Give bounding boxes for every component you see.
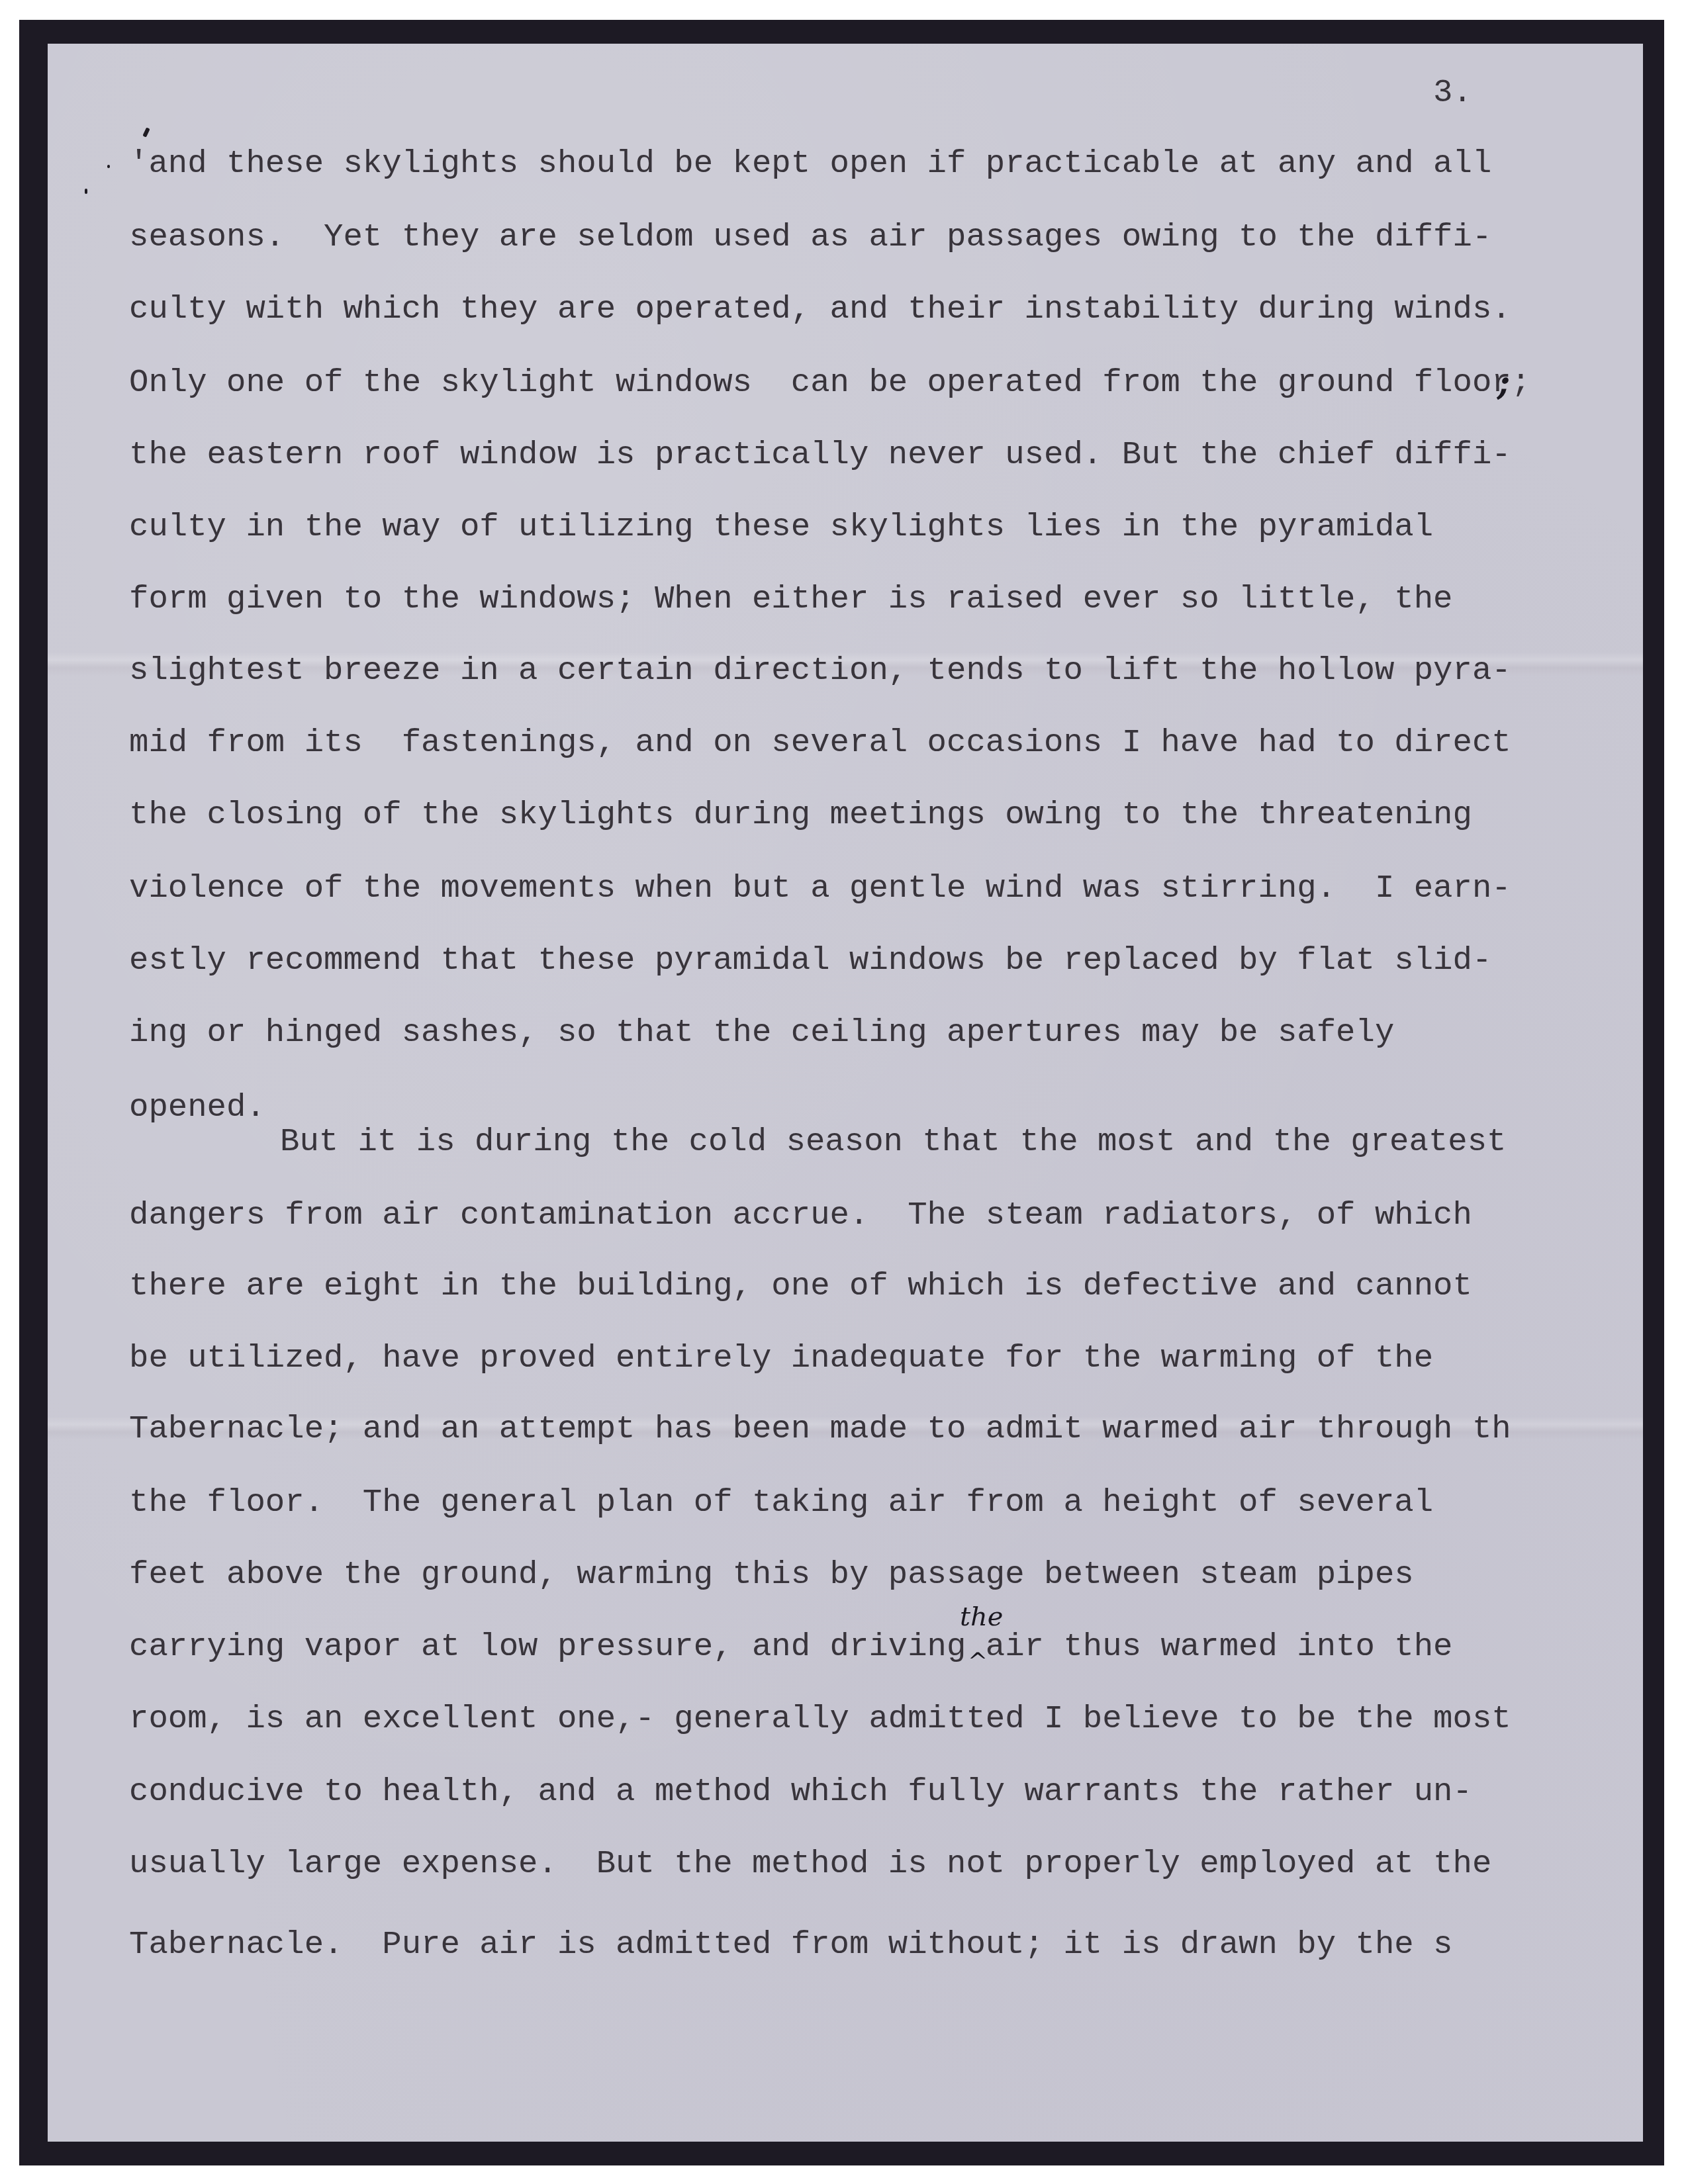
text-line: be utilized, have proved entirely inadeq…: [129, 1338, 1433, 1378]
pencil-dot-mark: [107, 165, 110, 168]
pencil-dot-mark: [85, 189, 87, 194]
text-line: seasons. Yet they are seldom used as air…: [129, 217, 1491, 257]
text-line: estly recommend that these pyramidal win…: [129, 940, 1491, 980]
text-line: culty in the way of utilizing these skyl…: [129, 507, 1433, 547]
text-line: conducive to health, and a method which …: [129, 1772, 1472, 1811]
text-line: usually large expense. But the method is…: [129, 1844, 1491, 1884]
text-line: there are eight in the building, one of …: [129, 1266, 1472, 1306]
text-line: the floor. The general plan of taking ai…: [129, 1482, 1433, 1522]
text-line: Only one of the skylight windows can be …: [129, 363, 1530, 402]
text-line: Tabernacle. Pure air is admitted from wi…: [129, 1925, 1453, 1964]
text-line: opened.: [129, 1087, 265, 1127]
handwritten-insert-the: the: [960, 1602, 1004, 1632]
paper-page: [48, 44, 1643, 2142]
text-line: room, is an excellent one,- generally ad…: [129, 1699, 1511, 1739]
text-line: violence of the movements when but a gen…: [129, 868, 1511, 908]
text-line: culty with which they are operated, and …: [129, 289, 1511, 329]
text-line: 'and these skylights should be kept open…: [129, 144, 1491, 183]
text-line: mid from its fastenings, and on several …: [129, 723, 1511, 762]
text-line: form given to the windows; When either i…: [129, 579, 1453, 619]
text-line: ing or hinged sashes, so that the ceilin…: [129, 1013, 1394, 1052]
text-line: But it is during the cold season that th…: [280, 1122, 1507, 1161]
text-line: carrying vapor at low pressure, and driv…: [129, 1627, 1453, 1666]
insertion-caret-mark: ^: [968, 1648, 988, 1675]
text-line: slightest breeze in a certain direction,…: [129, 651, 1511, 690]
text-line: feet above the ground, warming this by p…: [129, 1555, 1414, 1594]
semicolon-correction-mark: ;: [1497, 363, 1510, 403]
text-line: Tabernacle; and an attempt has been made…: [129, 1409, 1511, 1449]
text-line: dangers from air contamination accrue. T…: [129, 1195, 1472, 1235]
page-number: 3.: [1433, 74, 1472, 111]
text-line: the eastern roof window is practically n…: [129, 435, 1511, 475]
text-line: the closing of the skylights during meet…: [129, 795, 1472, 835]
